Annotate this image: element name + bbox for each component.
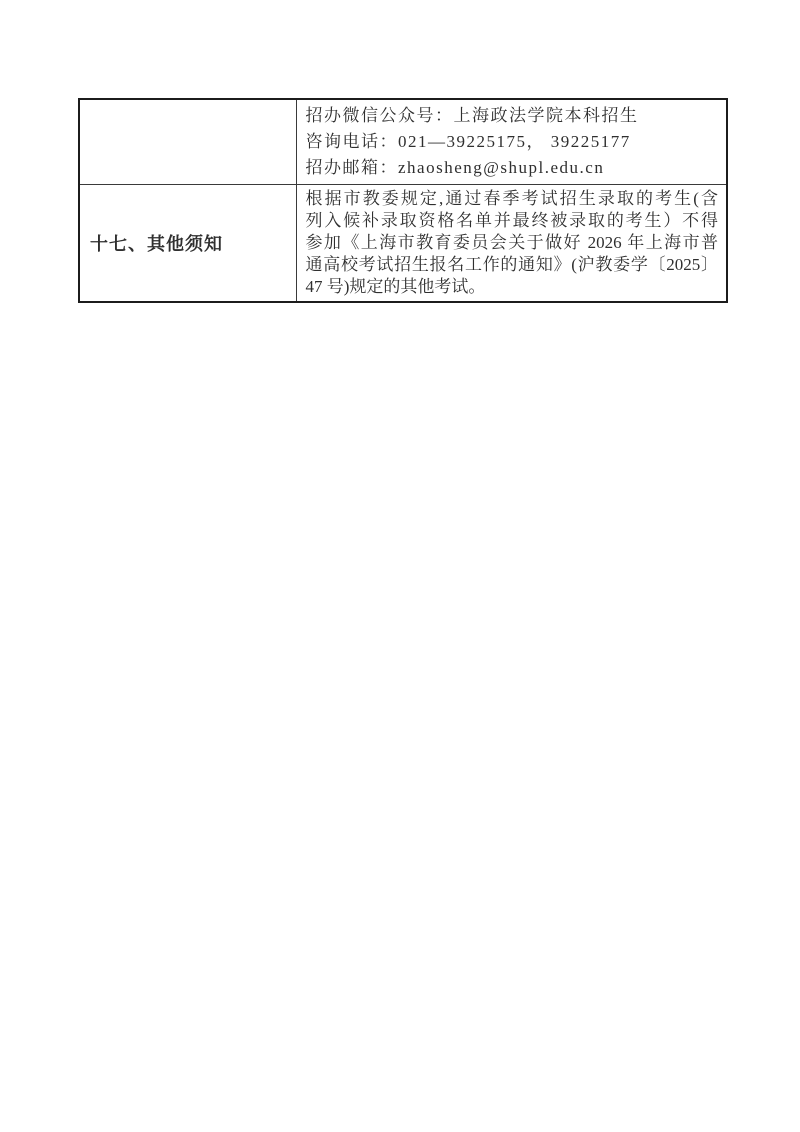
- wechat-account-line: 招办微信公众号：上海政法学院本科招生: [306, 103, 719, 129]
- phone-line: 咨询电话：021—39225175， 39225177: [306, 129, 719, 155]
- table-row-other-notes: 十七、其他须知 根据市教委规定,通过春季考试招生录取的考生(含 列入候补录取资格…: [79, 185, 727, 303]
- notes-text-line: 参加《上海市教育委员会关于做好 2026 年上海市普: [306, 232, 719, 254]
- admissions-info-table: 招办微信公众号：上海政法学院本科招生 咨询电话：021—39225175， 39…: [78, 98, 728, 303]
- notes-text-line: 通高校考试招生报名工作的通知》(沪教委学〔2025〕: [306, 254, 719, 276]
- contact-row-content-cell: 招办微信公众号：上海政法学院本科招生 咨询电话：021—39225175， 39…: [296, 99, 727, 185]
- notes-text-line: 列入候补录取资格名单并最终被录取的考生）不得: [306, 210, 719, 232]
- notes-text-line: 47 号)规定的其他考试。: [306, 276, 719, 298]
- table-row-contact: 招办微信公众号：上海政法学院本科招生 咨询电话：021—39225175， 39…: [79, 99, 727, 185]
- contact-row-label-cell: [79, 99, 296, 185]
- other-notes-content-cell: 根据市教委规定,通过春季考试招生录取的考生(含 列入候补录取资格名单并最终被录取…: [296, 185, 727, 303]
- email-line: 招办邮箱：zhaosheng@shupl.edu.cn: [306, 155, 719, 181]
- notes-text-line: 根据市教委规定,通过春季考试招生录取的考生(含: [306, 188, 719, 210]
- other-notes-label: 十七、其他须知: [79, 185, 296, 303]
- document-page: 招办微信公众号：上海政法学院本科招生 咨询电话：021—39225175， 39…: [0, 0, 800, 1132]
